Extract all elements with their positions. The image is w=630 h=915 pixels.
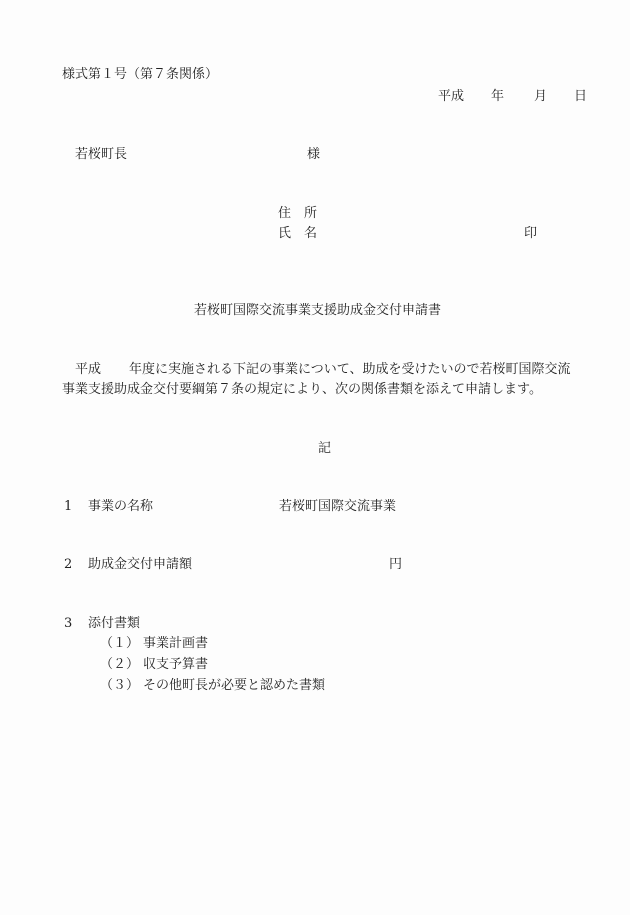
- address-label: 住 所: [278, 205, 317, 223]
- attachment-1-number: （１）: [100, 635, 139, 653]
- name-label: 氏 名: [278, 225, 317, 243]
- document-title: 若桜町国際交流事業支援助成金交付申請書: [194, 302, 441, 320]
- attachment-2-number: （２）: [100, 656, 139, 674]
- item-2-number: 2: [64, 556, 72, 574]
- ki-heading: 記: [318, 440, 331, 458]
- date-year-label: 年: [491, 88, 504, 106]
- item-1-value: 若桜町国際交流事業: [279, 498, 396, 516]
- item-1-label: 事業の名称: [88, 498, 153, 516]
- attachment-2-label: 収支予算書: [143, 656, 208, 674]
- item-2-label: 助成金交付申請額: [88, 556, 192, 574]
- body-line-2: 事業支援助成金交付要綱第７条の規定により、次の関係書類を添えて申請します。: [62, 381, 542, 399]
- body-era: 平成: [75, 361, 101, 379]
- attachment-3-number: （３）: [100, 677, 139, 695]
- date-month-label: 月: [534, 88, 547, 106]
- item-2-value: 円: [389, 556, 402, 574]
- addressee-name: 若桜町長: [75, 146, 127, 164]
- document-page: 様式第１号（第７条関係） 平成 年 月 日 若桜町長 様 住 所 氏 名 印 若…: [0, 0, 630, 915]
- attachment-3-label: その他町長が必要と認めた書類: [143, 677, 325, 695]
- item-1-number: 1: [64, 498, 72, 516]
- attachment-1-label: 事業計画書: [143, 635, 208, 653]
- date-era: 平成: [438, 88, 464, 106]
- addressee-honorific: 様: [307, 146, 320, 164]
- item-3-label: 添付書類: [88, 615, 140, 633]
- seal-label: 印: [524, 225, 537, 243]
- body-line-1: 年度に実施される下記の事業について、助成を受けたいので若桜町国際交流: [129, 361, 570, 379]
- form-number: 様式第１号（第７条関係）: [62, 66, 218, 84]
- item-3-number: 3: [64, 615, 72, 633]
- date-day-label: 日: [574, 88, 587, 106]
